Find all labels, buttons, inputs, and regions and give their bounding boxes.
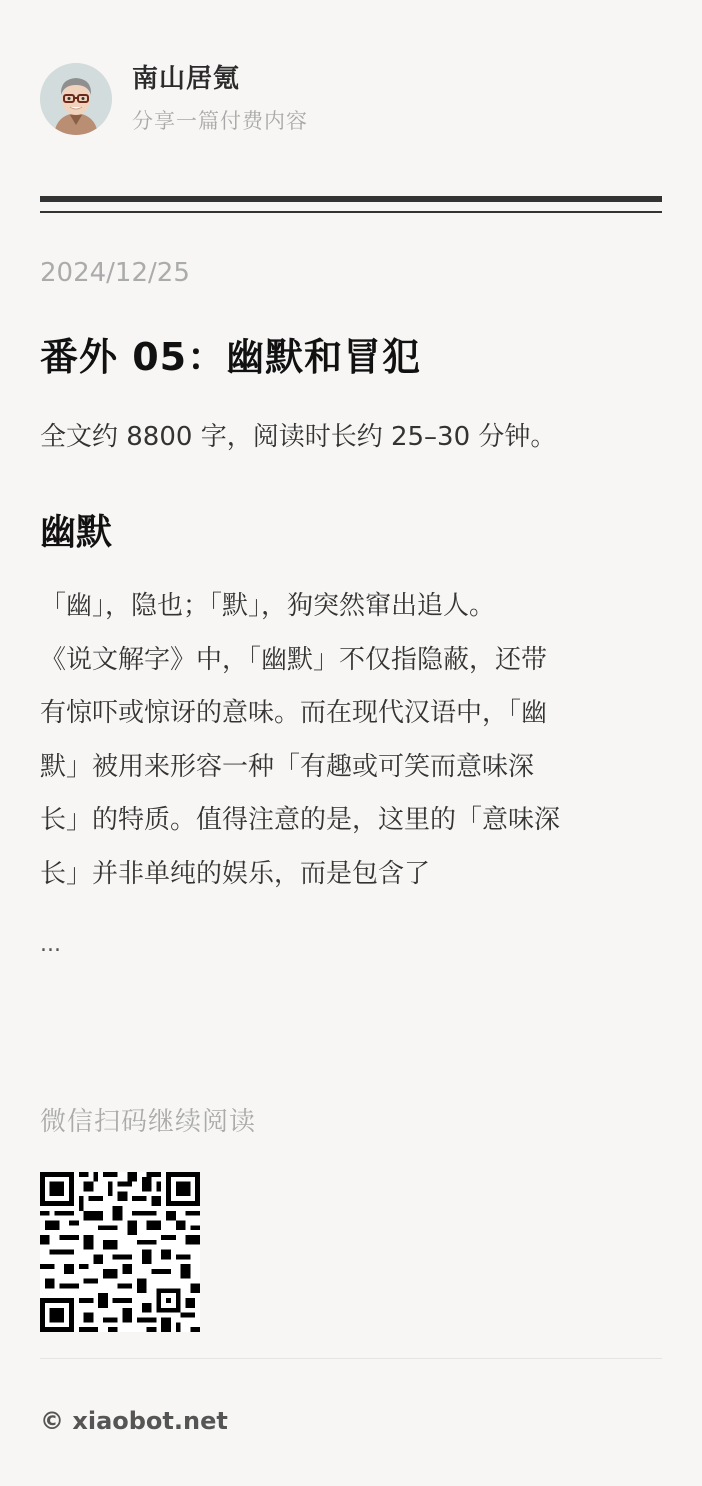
- body-line: 长」的特质。值得注意的是，这里的「意味深: [40, 794, 662, 848]
- truncation-ellipsis: ...: [40, 930, 61, 960]
- body-line: 《说文解字》中，「幽默」不仅指隐蔽，还带: [40, 634, 662, 688]
- article-date: 2024/12/25: [40, 255, 190, 291]
- body-line: 有惊吓或惊讶的意味。而在现代汉语中，「幽: [40, 687, 662, 741]
- scan-to-continue-label: 微信扫码继续阅读: [40, 1104, 256, 1140]
- author-subtitle: 分享一篇付费内容: [132, 106, 308, 136]
- article-body: 「幽」，隐也；「默」，狗突然窜出追人。 《说文解字》中，「幽默」不仅指隐蔽，还带…: [40, 580, 662, 901]
- article-meta: 全文约 8800 字，阅读时长约 25–30 分钟。: [40, 418, 556, 456]
- author-header: 南山居氪 分享一篇付费内容: [40, 62, 308, 136]
- avatar-icon: [40, 63, 112, 135]
- copyright-footer[interactable]: © xiaobot.net: [40, 1404, 228, 1438]
- qr-code-icon: [40, 1172, 200, 1332]
- qr-code[interactable]: [40, 1172, 200, 1332]
- section-heading: 幽默: [40, 508, 112, 558]
- body-line: 默」被用来形容一种「有趣或可笑而意味深: [40, 741, 662, 795]
- body-line: 「幽」，隐也；「默」，狗突然窜出追人。: [40, 580, 662, 634]
- divider-thin: [40, 211, 662, 213]
- article-title: 番外 05：幽默和冒犯: [40, 330, 421, 384]
- footer-divider: [40, 1358, 662, 1359]
- avatar[interactable]: [40, 63, 112, 135]
- divider-thick: [40, 196, 662, 202]
- body-line: 长」并非单纯的娱乐，而是包含了: [40, 848, 662, 902]
- author-name[interactable]: 南山居氪: [132, 62, 308, 96]
